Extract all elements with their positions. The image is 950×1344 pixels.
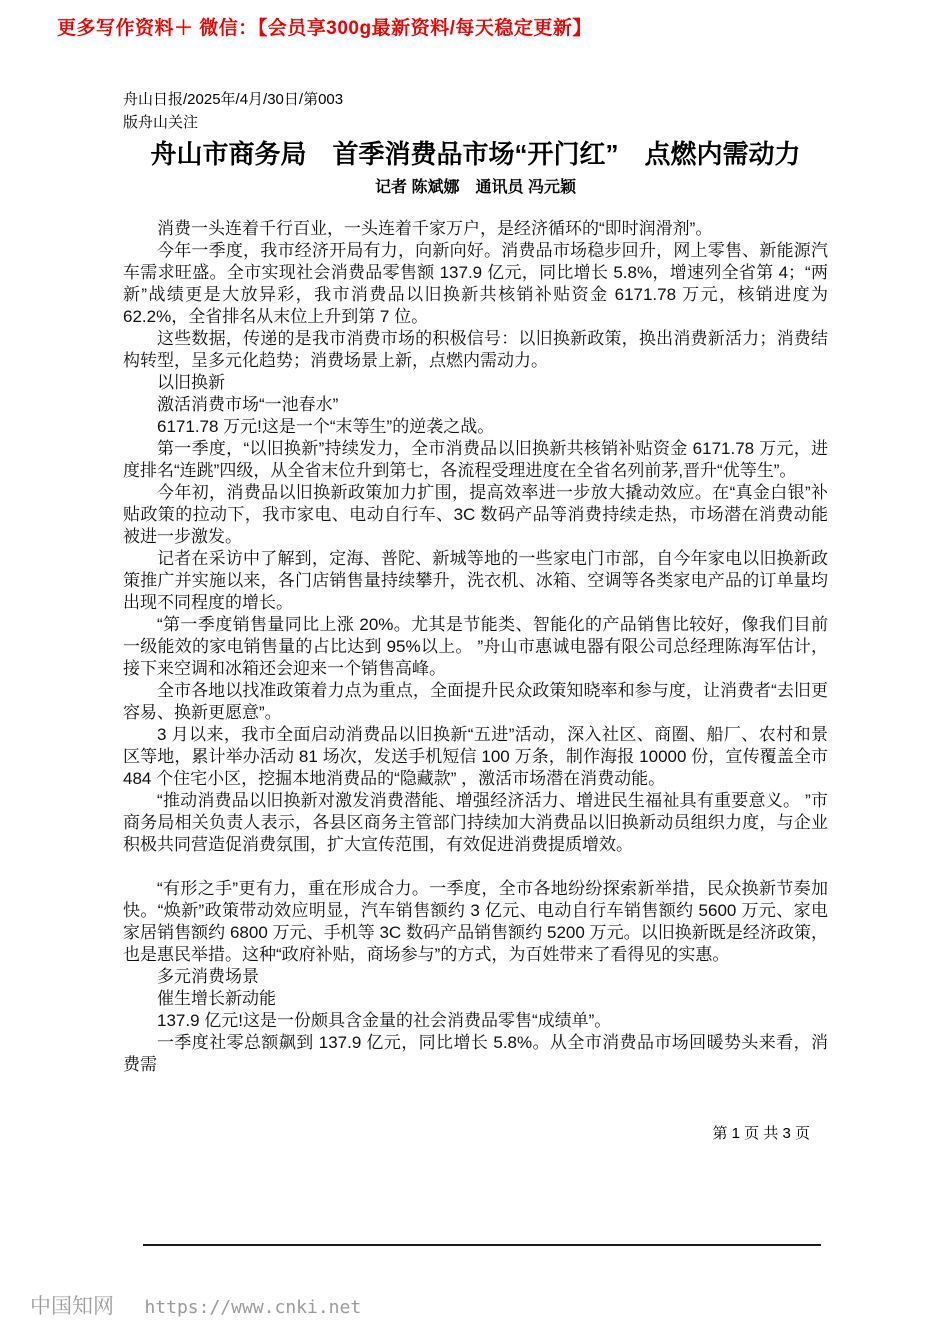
paragraph: “推动消费品以旧换新对激发消费潜能、增强经济活力、增进民生福祉具有重要意义。 ”…: [123, 790, 828, 856]
paragraph: 全市各地以找准政策着力点为重点，全面提升民众政策知晓率和参与度，让消费者“去旧更…: [123, 680, 828, 724]
paragraph: 3 月以来，我市全面启动消费品以旧换新“五进”活动，深入社区、商圈、船厂、农村和…: [123, 724, 828, 790]
paragraph: “有形之手”更有力，重在形成合力。一季度，全市各地纷纷探索新举措，民众换新节奏加…: [123, 878, 828, 966]
paragraph: [123, 856, 828, 878]
paragraph: 一季度社零总额飙到 137.9 亿元，同比增长 5.8%。从全市消费品市场回暖势…: [123, 1032, 828, 1076]
article-body: 消费一头连着千行百业，一头连着千家万户，是经济循环的“即时润滑剂”。今年一季度，…: [123, 218, 828, 1076]
page-number-indicator: 第 1 页 共 3 页: [123, 1122, 828, 1143]
paragraph: 记者在采访中了解到，定海、普陀、新城等地的一些家电门市部，自今年家电以旧换新政策…: [123, 548, 828, 614]
footer-divider-line: [143, 1244, 821, 1246]
promo-banner: 更多写作资料＋ 微信：【会员享300g最新资料/每天稳定更新】: [57, 13, 592, 40]
paragraph: 今年一季度，我市经济开局有力，向新向好。消费品市场稳步回升，网上零售、新能源汽车…: [123, 240, 828, 328]
source-info: 舟山日报/2025年/4月/30日/第003 版舟山关注: [123, 88, 828, 134]
paragraph: 第一季度，“以旧换新”持续发力，全市消费品以旧换新共核销补贴资金 6171.78…: [123, 438, 828, 482]
cnki-document-page: { "promo_banner": { "text": "更多写作资料＋ 微信：…: [0, 0, 950, 1344]
paragraph: 多元消费场景: [123, 966, 828, 988]
paragraph: 消费一头连着千行百业，一头连着千家万户，是经济循环的“即时润滑剂”。: [123, 218, 828, 240]
article-title: 舟山市商务局 首季消费品市场“开门红” 点燃内需动力: [123, 139, 828, 170]
document-container: 舟山日报/2025年/4月/30日/第003 版舟山关注 舟山市商务局 首季消费…: [123, 88, 828, 1143]
paragraph: 137.9 亿元!这是一份颇具含金量的社会消费品零售“成绩单”。: [123, 1010, 828, 1032]
paragraph: 6171.78 万元!这是一个“末等生”的逆袭之战。: [123, 416, 828, 438]
paragraph: 激活消费市场“一池春水”: [123, 394, 828, 416]
source-line-1: 舟山日报/2025年/4月/30日/第003: [123, 88, 828, 111]
article-byline: 记者 陈斌娜 通讯员 冯元颖: [123, 174, 828, 197]
paragraph: 今年初，消费品以旧换新政策加力扩围，提高效率进一步放大撬动效应。在“真金白银”补…: [123, 482, 828, 548]
cnki-watermark: 中国知网 https://www.cnki.net: [30, 1290, 361, 1320]
paragraph: 这些数据，传递的是我市消费市场的积极信号：以旧换新政策，换出消费新活力；消费结构…: [123, 328, 828, 372]
paragraph: 催生增长新动能: [123, 988, 828, 1010]
source-line-2: 版舟山关注: [123, 111, 828, 134]
paragraph: 以旧换新: [123, 372, 828, 394]
cnki-logo-text: 中国知网: [30, 1294, 114, 1318]
paragraph: “第一季度销售量同比上涨 20%。尤其是节能类、智能化的产品销售比较好，像我们目…: [123, 614, 828, 680]
cnki-url: https://www.cnki.net: [144, 1297, 361, 1318]
